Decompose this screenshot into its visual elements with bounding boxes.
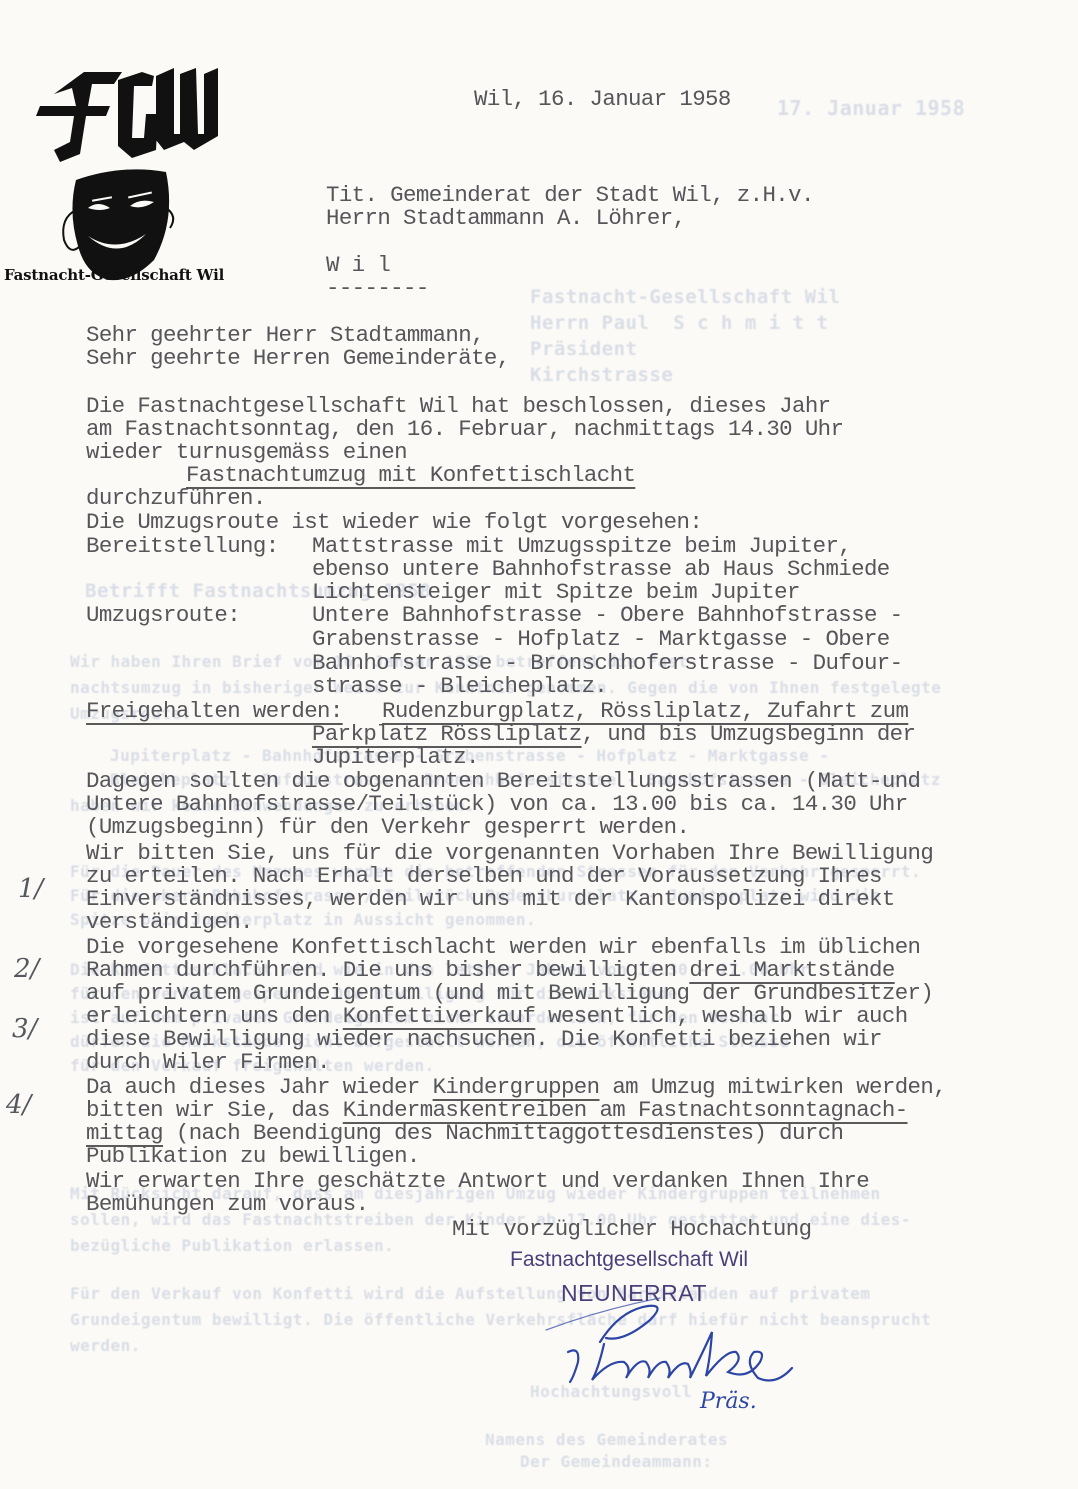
body-line: durchzuführen. xyxy=(86,487,266,511)
kept-free-line: Rudenzburgplatz, Rössliplatz, Zufahrt zu… xyxy=(382,700,908,724)
body-line: Da auch dieses Jahr wieder Kindergruppen… xyxy=(86,1076,946,1100)
body-line: wieder turnusgemäss einen xyxy=(86,441,407,465)
staging-line: ebenso untere Bahnhofstrasse ab Haus Sch… xyxy=(312,558,890,582)
letter-page: 17. Januar 1958 Fastnacht-Gesellschaft W… xyxy=(0,0,1078,1489)
recipient-line-2: Herrn Stadtammann A. Löhrer, xyxy=(326,207,685,231)
stamp-organization: Fastnachtgesellschaft Wil xyxy=(510,1248,748,1272)
recipient-city-rule: -------- xyxy=(326,277,429,301)
margin-note-4: 4/ xyxy=(6,1090,31,1120)
body-line: Wir bitten Sie, uns für die vorgenannten… xyxy=(86,842,933,866)
closing-line: Mit vorzüglicher Hochachtung xyxy=(452,1218,811,1242)
body-line: Publikation zu bewilligen. xyxy=(86,1145,420,1169)
body-line: Bemühungen zum voraus. xyxy=(86,1193,368,1217)
bleed-addr4: Kirchstrasse xyxy=(530,364,673,386)
route-line: Grabenstrasse - Hofplatz - Marktgasse - … xyxy=(312,628,890,652)
salutation-line-1: Sehr geehrter Herr Stadtammann, xyxy=(86,324,484,348)
bleed-b17: bezügliche Publikation erlassen. xyxy=(70,1236,394,1255)
body-line: Untere Bahnhofstrasse/Teilstück) von ca.… xyxy=(86,793,908,817)
body-line: Die Umzugsroute ist wieder wie folgt vor… xyxy=(86,511,702,535)
margin-note-1: 1/ xyxy=(18,874,43,904)
body-line: Rahmen durchführen. Die uns bisher bewil… xyxy=(86,959,895,983)
bleed-b23: Der Gemeindeammann: xyxy=(520,1452,713,1471)
route-label: Umzugsroute: xyxy=(86,604,240,628)
body-line: Wir erwarten Ihre geschätzte Antwort und… xyxy=(86,1170,869,1194)
staging-label: Bereitstellung: xyxy=(86,535,279,559)
body-line: Die Fastnachtgesellschaft Wil hat beschl… xyxy=(86,395,831,419)
bleed-addr3: Präsident xyxy=(530,338,637,360)
body-line: am Fastnachtsonntag, den 16. Februar, na… xyxy=(86,418,843,442)
staging-line: Lichtensteiger mit Spitze beim Jupiter xyxy=(312,581,800,605)
body-line: mittag (nach Beendigung des Nachmittaggo… xyxy=(86,1122,843,1146)
body-line: verständigen. xyxy=(86,911,253,935)
margin-note-2: 2/ xyxy=(14,954,39,984)
event-title: Fastnachtumzug mit Konfettischlacht xyxy=(186,464,635,488)
bleed-b20: werden. xyxy=(70,1336,141,1355)
fgw-mask-logo xyxy=(14,50,224,290)
bleed-b22: Namens des Gemeinderates xyxy=(485,1430,728,1449)
date-line: Wil, 16. Januar 1958 xyxy=(474,88,731,112)
staging-line: Mattstrasse mit Umzugsspitze beim Jupite… xyxy=(312,535,851,559)
body-line: durch Wiler Firmen. xyxy=(86,1051,330,1075)
body-line: auf privatem Grundeigentum (und mit Bewi… xyxy=(86,982,933,1006)
body-line: diese Bewilligung wieder nachsuchen. Die… xyxy=(86,1028,882,1052)
bleed-date: 17. Januar 1958 xyxy=(777,96,965,120)
body-line: bitten wir Sie, das Kindermaskentreiben … xyxy=(86,1099,908,1123)
signature-handwritten: Präs. xyxy=(540,1290,820,1420)
kept-free-line: Parkplatz Rössliplatz, und bis Umzugsbeg… xyxy=(312,723,915,747)
letterhead-organization-name: Fastnacht-Gesellschaft Wil xyxy=(4,266,224,284)
salutation-line-2: Sehr geehrte Herren Gemeinderäte, xyxy=(86,347,510,371)
kept-free-rest: , und bis Umzugsbeginn der xyxy=(582,721,916,747)
route-line: Bahnhofstrasse - Bronschhoferstrasse - D… xyxy=(312,652,902,676)
margin-note-3: 3/ xyxy=(12,1014,37,1044)
route-line: strasse - Bleicheplatz. xyxy=(312,675,607,699)
kept-free-line: Jupiterplatz. xyxy=(312,746,479,770)
kept-free-label: Freigehalten werden: xyxy=(86,700,343,724)
body-line: erleichtern uns den Konfettiverkauf wese… xyxy=(86,1005,908,1029)
bleed-addr1: Fastnacht-Gesellschaft Wil xyxy=(530,286,840,308)
bleed-addr2: Herrn Paul S c h m i t t xyxy=(530,312,828,334)
body-line: Die vorgesehene Konfettischlacht werden … xyxy=(86,936,920,960)
body-line: Einverständnisses, werden wir uns mit de… xyxy=(86,888,895,912)
body-line: zu erteilen. Nach Erhalt derselben und d… xyxy=(86,865,882,889)
route-line: Untere Bahnhofstrasse - Obere Bahnhofstr… xyxy=(312,604,902,628)
body-line: Dagegen sollten die obgenannten Bereitst… xyxy=(86,770,920,794)
body-line: (Umzugsbeginn) für den Verkehr gesperrt … xyxy=(86,816,689,840)
recipient-line-1: Tit. Gemeinderat der Stadt Wil, z.H.v. xyxy=(326,184,814,208)
recipient-city: W i l xyxy=(326,254,390,278)
signature-title: Präs. xyxy=(699,1389,757,1414)
